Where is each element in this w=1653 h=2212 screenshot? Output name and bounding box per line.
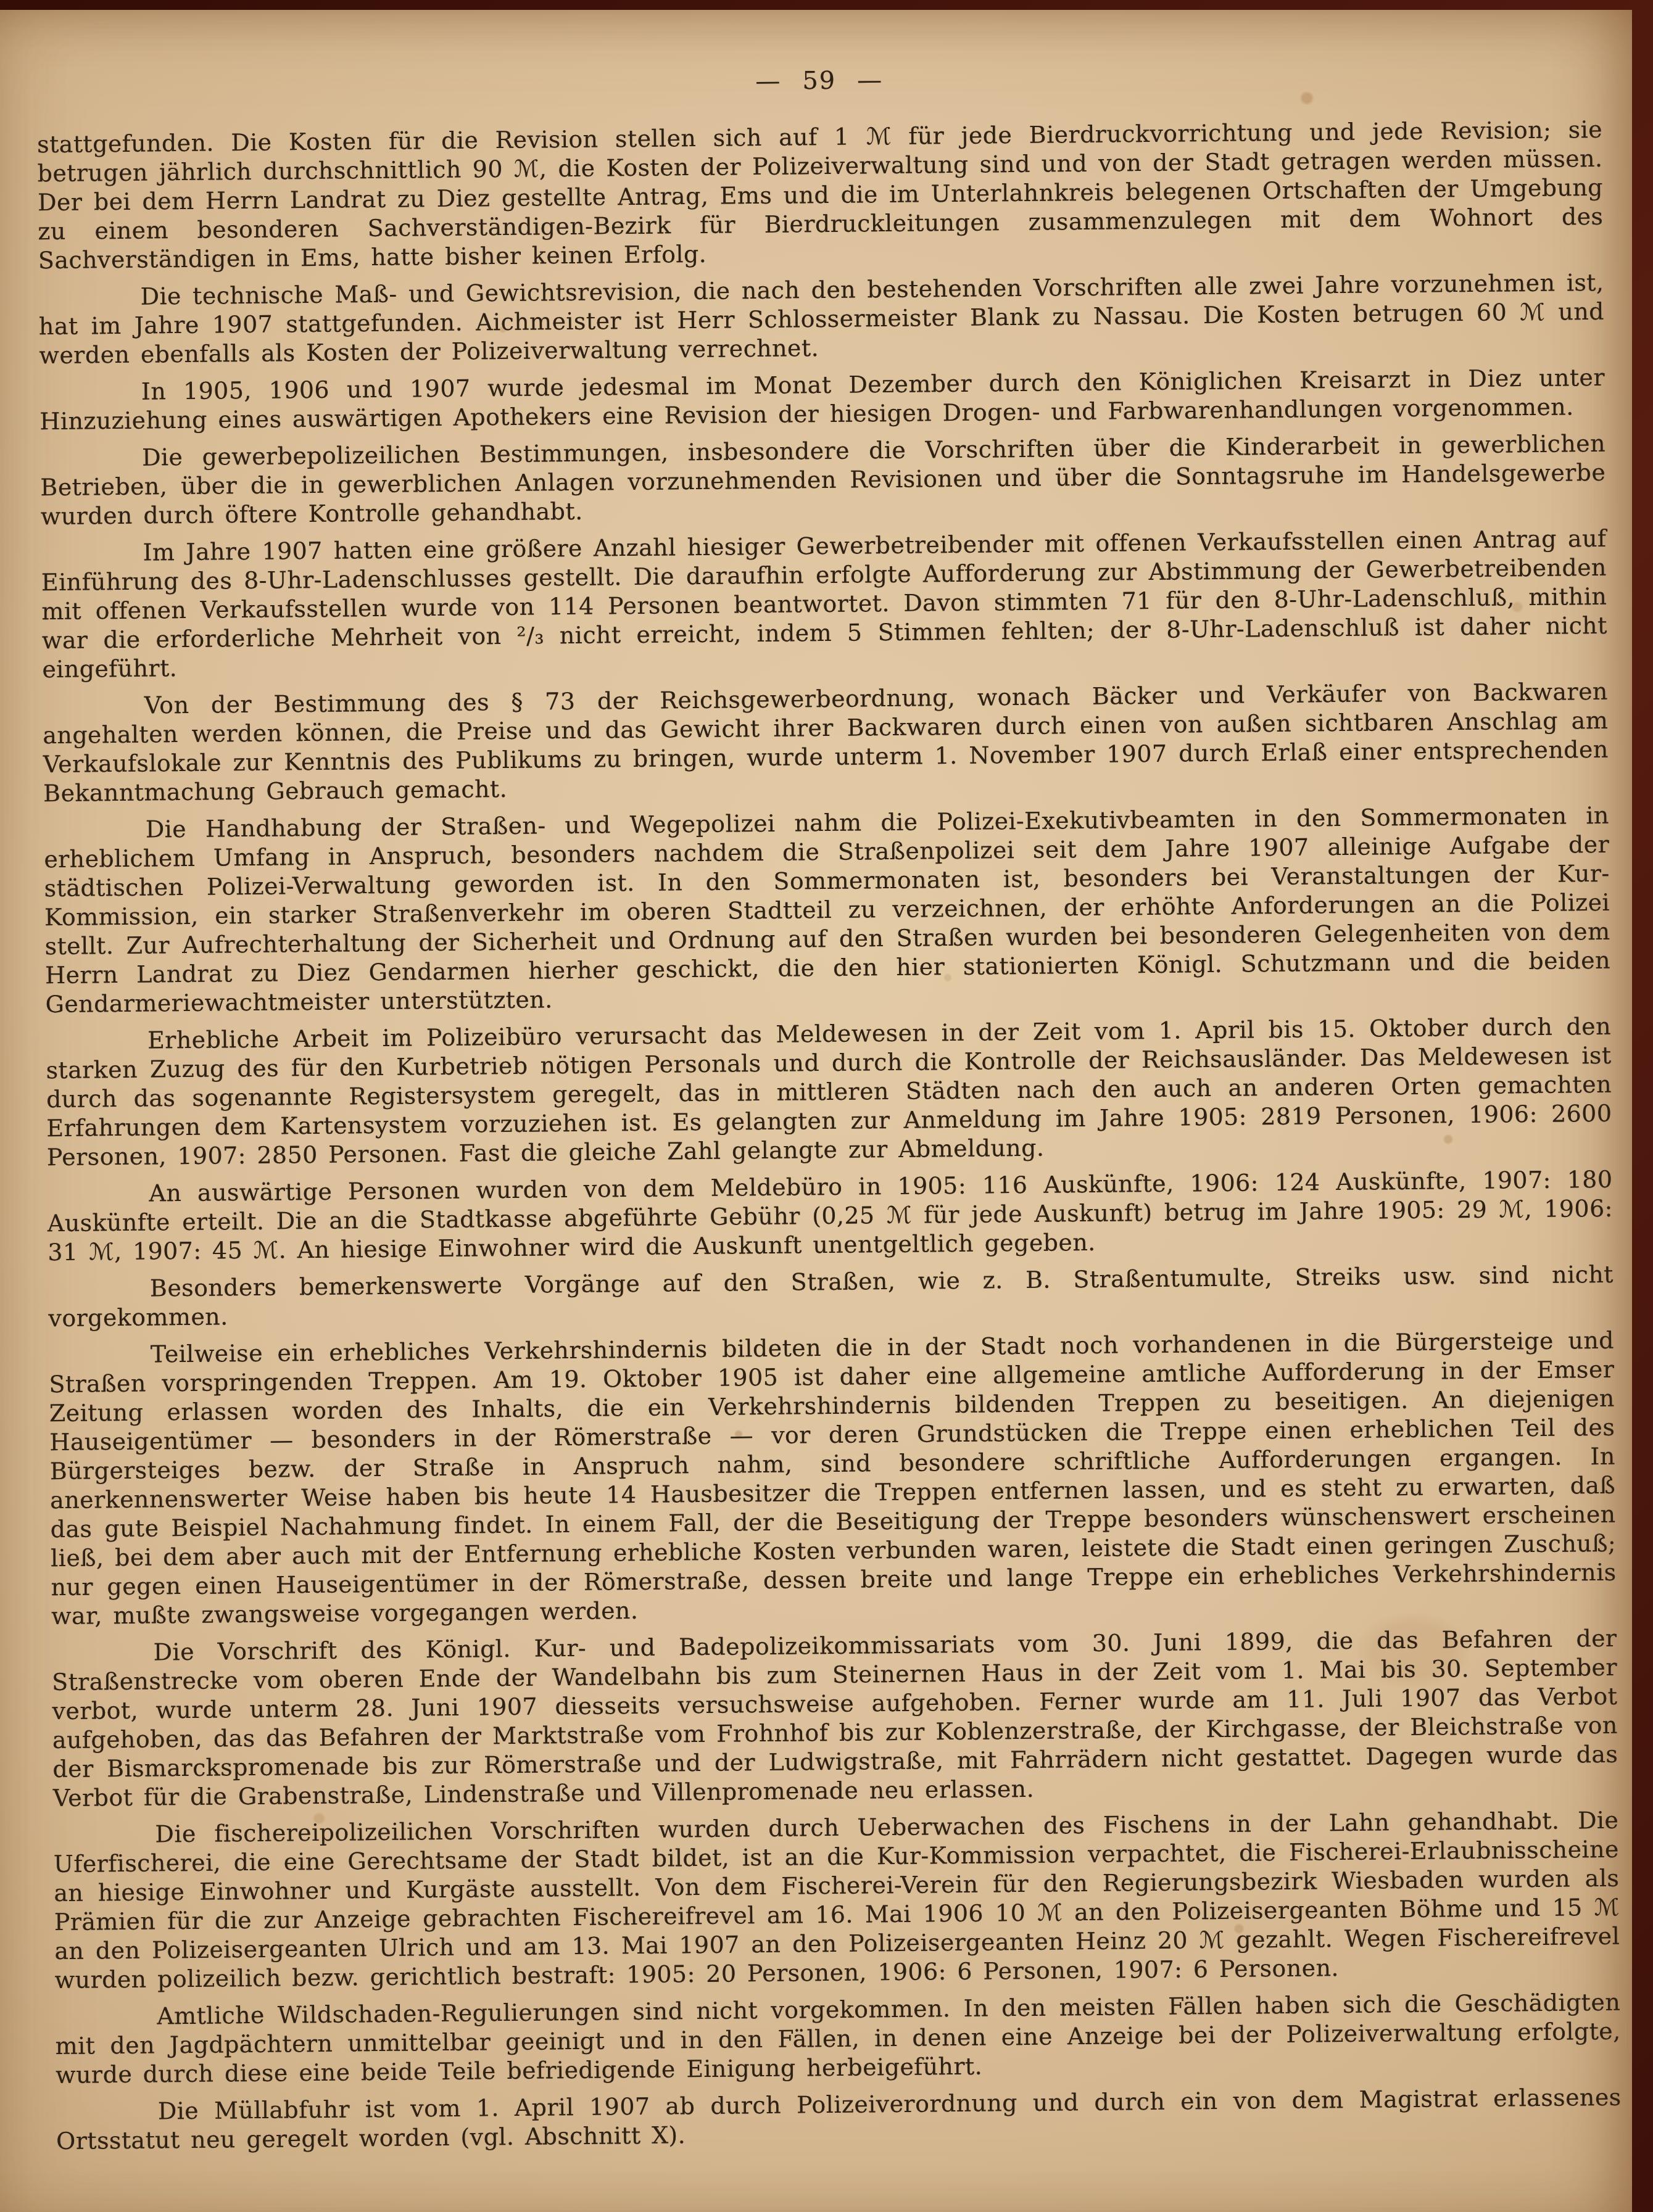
paragraph-strassenpolizei: Die Handhabung der Straßen- und Wegepoli… — [44, 801, 1611, 1019]
header-dash-left: — — [755, 67, 781, 96]
paragraph-gewerbepolizei: Die gewerbepolizeilichen Bestimmungen, i… — [40, 429, 1606, 531]
paragraph-muellabfuhr: Die Müllabfuhr ist vom 1. April 1907 ab … — [56, 2083, 1622, 2156]
paragraph-wildschaden: Amtliche Wildschaden-Regulierungen sind … — [55, 1988, 1621, 2090]
page-content: —59— stattgefunden. Die Kosten für die R… — [36, 59, 1622, 2164]
header-dash-right: — — [857, 66, 883, 94]
paragraph-continuation: stattgefunden. Die Kosten für die Revisi… — [37, 115, 1604, 275]
paragraph-reichsgewerbeordnung: Von der Bestimmung des § 73 der Reichsge… — [43, 677, 1609, 808]
paragraph-auskuenfte: An auswärtige Personen wurden von dem Me… — [47, 1165, 1613, 1267]
paragraph-drogenrevision: In 1905, 1906 und 1907 wurde jedesmal im… — [39, 363, 1605, 436]
page-header: —59— — [36, 59, 1602, 103]
paragraph-treppen: Teilweise ein erhebliches Verkehrshinder… — [49, 1326, 1617, 1631]
paragraph-meldewesen: Erhebliche Arbeit im Polizeibüro verursa… — [46, 1012, 1612, 1172]
page-number: 59 — [781, 66, 857, 95]
paragraph-mass-gewichtsrevision: Die technische Maß- und Gewichtsrevision… — [38, 268, 1604, 370]
paragraph-fischereipolizei: Die fischereipolizeilichen Vorschriften … — [53, 1806, 1620, 1995]
paragraph-ladenschluss: Im Jahre 1907 hatten eine größere Anzahl… — [41, 524, 1607, 684]
paragraph-strassentumulte: Besonders bemerkenswerte Vorgänge auf de… — [48, 1260, 1614, 1333]
paragraph-fahrverbote: Die Vorschrift des Königl. Kur- und Bade… — [51, 1624, 1618, 1813]
document-page: —59— stattgefunden. Die Kosten für die R… — [0, 10, 1632, 2212]
